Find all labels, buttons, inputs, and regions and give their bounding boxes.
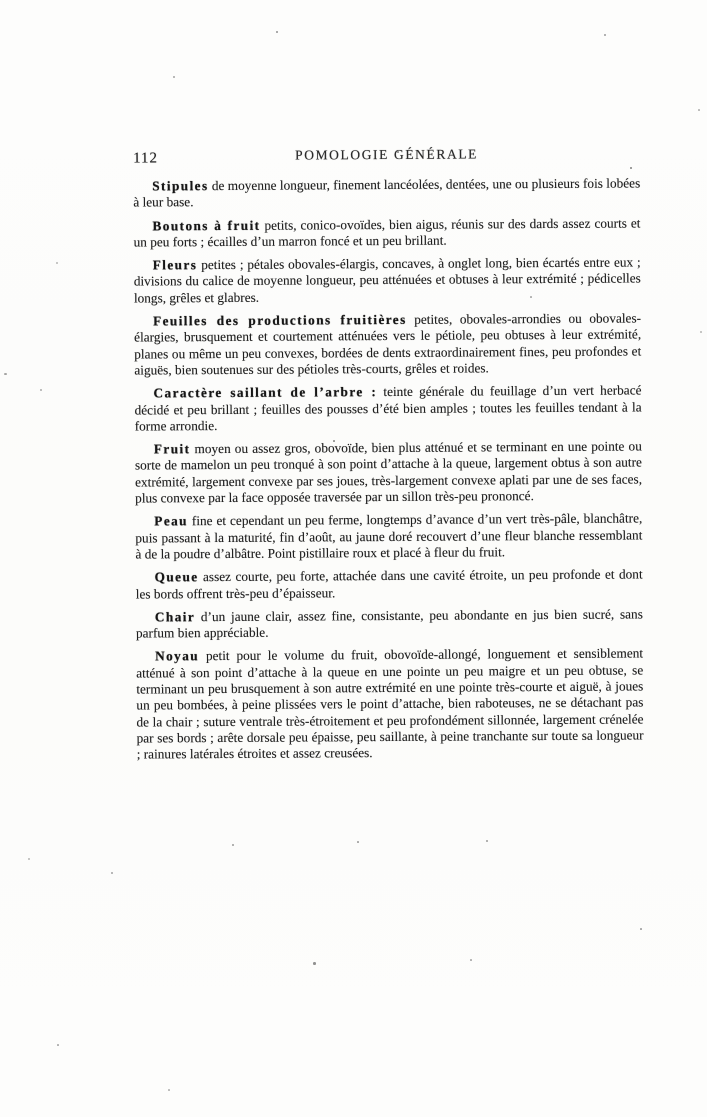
paragraph-feuilles-productions-fruitieres: Feuilles des productions fruitières peti… <box>134 311 641 379</box>
paragraph-stipules: Stipules de moyenne longueur, finement l… <box>133 175 640 211</box>
paragraph-caractere-saillant-arbre: Caractère saillant de l’arbre : teinte g… <box>134 383 641 435</box>
paragraph-text: de moyenne longueur, finement lancéolées… <box>133 175 640 209</box>
headword-fruit: Fruit <box>154 441 191 456</box>
paragraph-text: d’un jaune clair, assez fine, consistant… <box>136 606 643 640</box>
headword-fleurs: Fleurs <box>153 257 198 272</box>
headword-boutons-a-fruit: Boutons à fruit <box>152 217 260 233</box>
headword-feuilles-productions-fruitieres: Feuilles des productions fruitières <box>153 312 407 329</box>
paragraph-noyau: Noyau petit pour le volume du fruit, obo… <box>136 646 644 763</box>
paragraph-fleurs: Fleurs petites ; pétales obovales-élargi… <box>134 255 641 307</box>
paragraph-chair: Chair d’un jaune clair, assez fine, cons… <box>136 606 643 642</box>
scan-speck <box>333 440 335 442</box>
paragraph-peau: Peau fine et cependant un peu ferme, lon… <box>135 511 642 563</box>
page-header: 112 POMOLOGIE GÉNÉRALE <box>133 145 640 170</box>
scan-speck <box>357 841 359 843</box>
headword-peau: Peau <box>154 514 188 529</box>
scan-speck <box>111 872 113 874</box>
scan-speck <box>173 76 175 78</box>
paragraph-text: moyen ou assez gros, obovoïde, bien plus… <box>135 439 642 506</box>
text-column: 112 POMOLOGIE GÉNÉRALE Stipules de moyen… <box>133 145 644 770</box>
scan-speck <box>4 373 7 375</box>
book-page: 112 POMOLOGIE GÉNÉRALE Stipules de moyen… <box>0 0 707 1117</box>
paragraph-text: petit pour le volume du fruit, obovoïde-… <box>136 646 643 762</box>
running-title: POMOLOGIE GÉNÉRALE <box>133 145 640 164</box>
scan-speck <box>168 1089 170 1091</box>
scan-speck <box>397 151 399 153</box>
page-body: Stipules de moyenne longueur, finement l… <box>133 175 644 763</box>
scan-speck <box>640 928 642 930</box>
scan-speck <box>40 389 42 391</box>
scan-speck <box>486 840 488 842</box>
headword-queue: Queue <box>155 569 199 584</box>
paragraph-text: assez courte, peu forte, attachée dans u… <box>136 567 643 601</box>
scan-speck <box>470 959 472 961</box>
paragraph-boutons-a-fruit: Boutons à fruit petits, conico-ovoïdes, … <box>133 215 640 251</box>
paragraph-fruit: Fruit moyen ou assez gros, obovoïde, bie… <box>135 439 642 507</box>
scan-speck <box>364 227 366 229</box>
headword-stipules: Stipules <box>152 178 208 193</box>
headword-noyau: Noyau <box>155 649 199 664</box>
scan-speck <box>313 962 316 965</box>
scan-speck <box>700 331 702 333</box>
scan-speck <box>232 844 234 846</box>
page-number: 112 <box>133 150 158 167</box>
headword-caractere-saillant-arbre: Caractère saillant de l’arbre : <box>153 384 377 400</box>
scan-speck <box>530 296 532 298</box>
paragraph-text: petites ; pétales obovales-élargis, conc… <box>134 255 641 306</box>
scan-speck <box>57 1044 59 1046</box>
headword-chair: Chair <box>155 609 195 624</box>
paragraph-text: fine et cependant un peu ferme, longtemp… <box>135 511 642 562</box>
scan-speck <box>604 34 606 36</box>
scan-speck <box>56 262 58 264</box>
scan-speck <box>630 167 632 169</box>
scan-speck <box>276 31 278 33</box>
scan-speck <box>698 109 700 111</box>
paragraph-queue: Queue assez courte, peu forte, attachée … <box>136 567 643 603</box>
scan-speck <box>28 858 30 860</box>
